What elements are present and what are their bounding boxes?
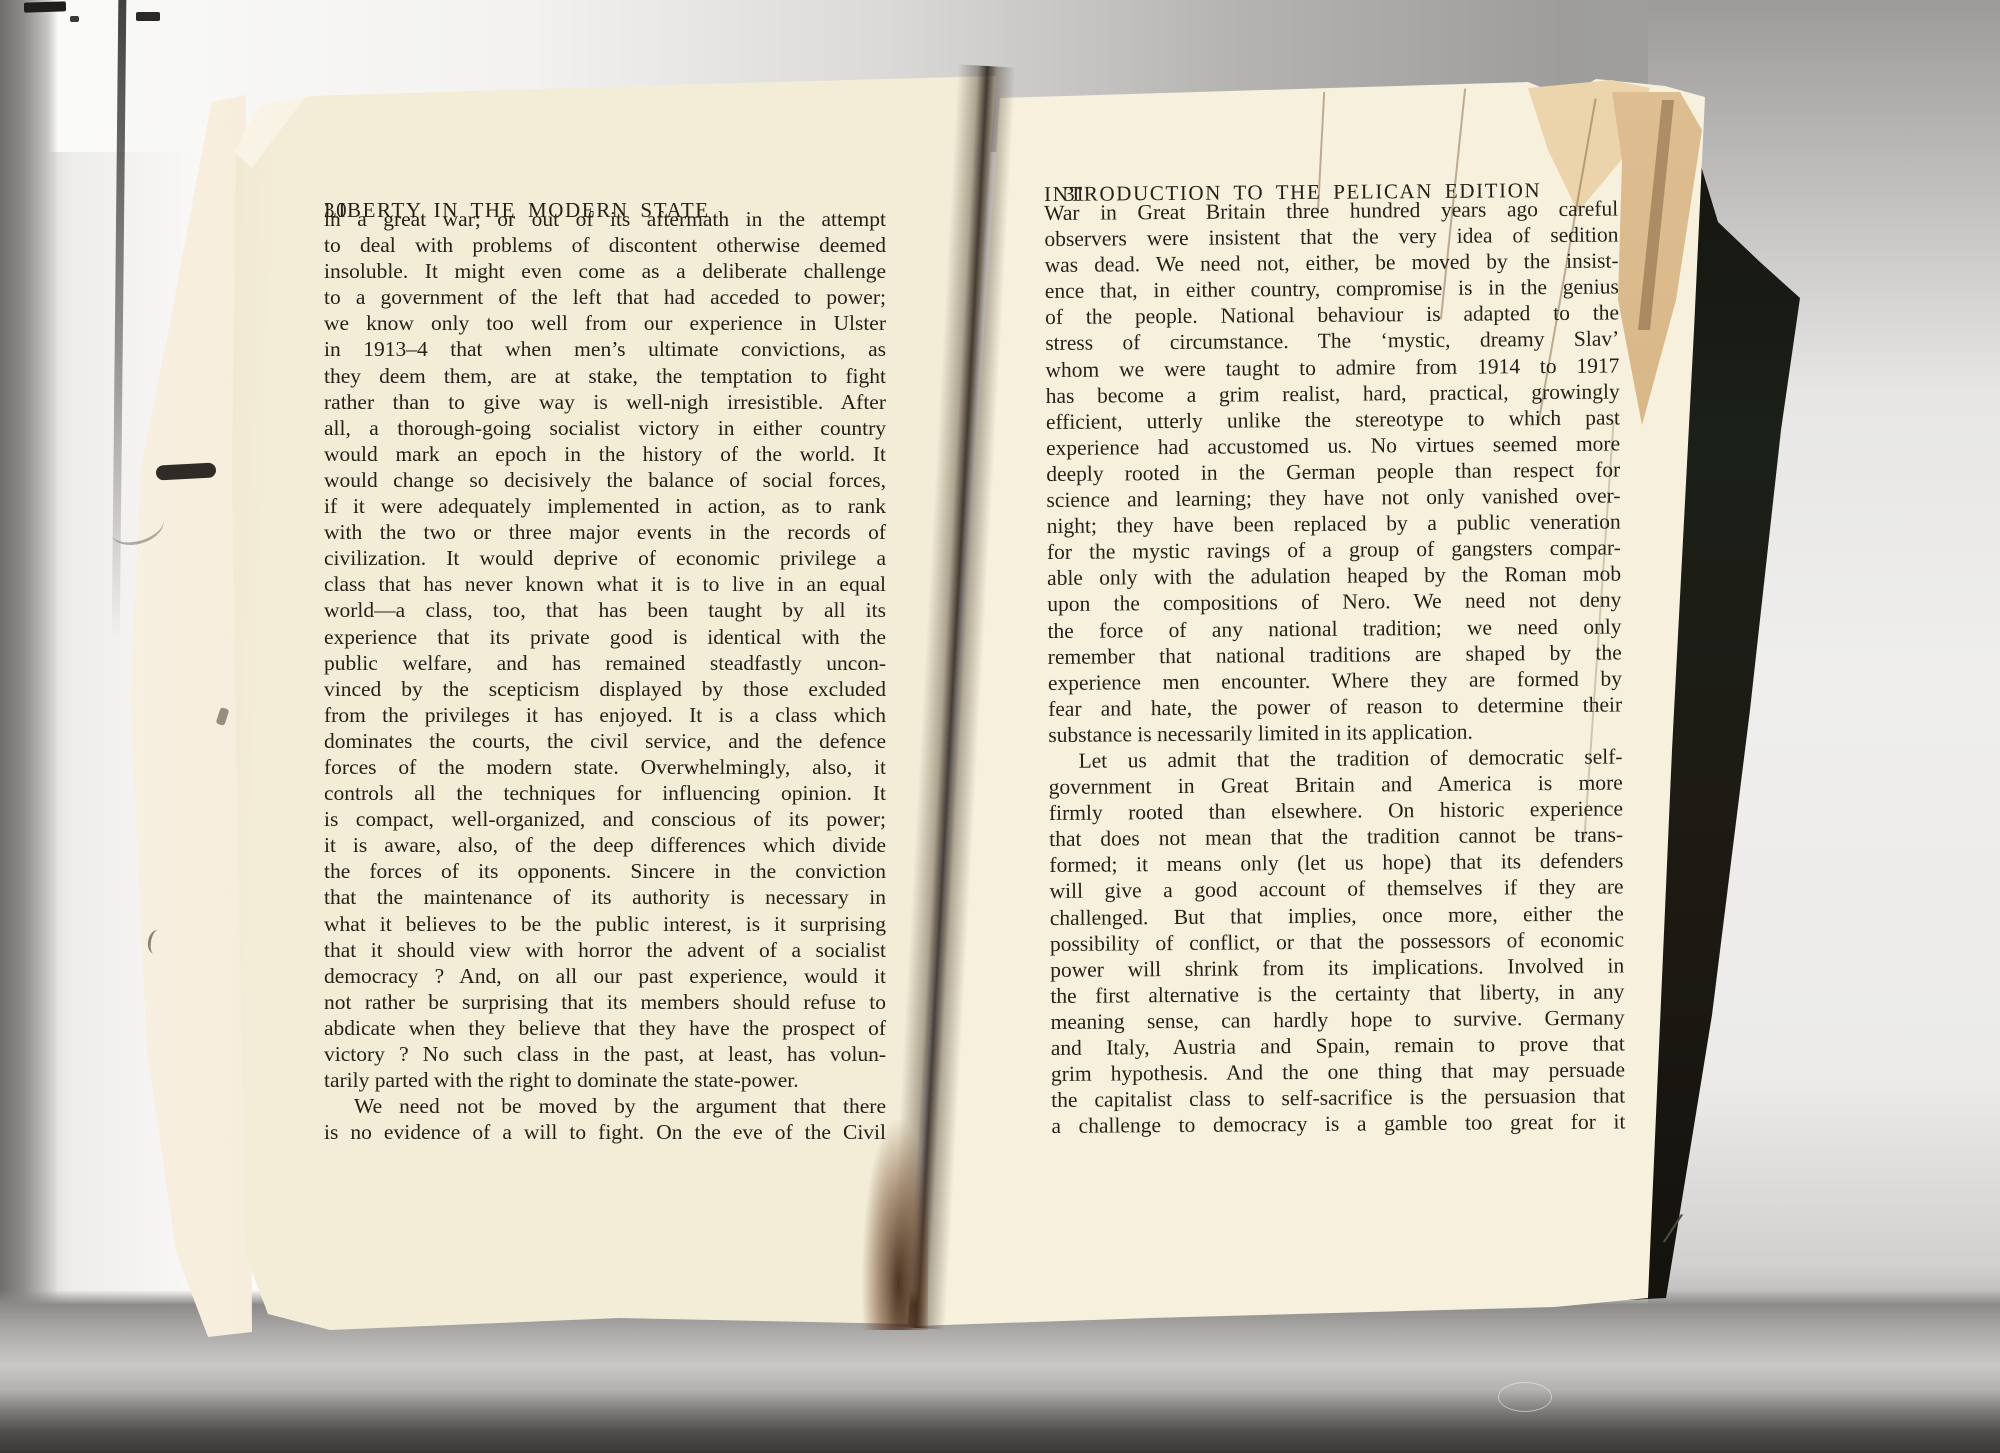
scan-artifact-mark bbox=[70, 16, 79, 22]
text-line: that it should view with horror the adve… bbox=[324, 937, 886, 963]
text-line: a challenge to democracy is a gamble too… bbox=[1051, 1109, 1625, 1140]
scan-artifact-mark bbox=[136, 12, 160, 21]
right-page-body: War in Great Britain three hundred years… bbox=[1044, 195, 1625, 1139]
handwritten-slash-mark: / bbox=[1663, 1202, 1708, 1258]
text-line: civilization. It would deprive of econom… bbox=[324, 545, 886, 571]
text-line: controls all the techniques for influenc… bbox=[324, 780, 886, 806]
text-line: would change so decisively the balance o… bbox=[324, 467, 886, 493]
text-line: victory ? No such class in the past, at … bbox=[324, 1041, 886, 1067]
text-line: vinced by the scepticism displayed by th… bbox=[324, 676, 886, 702]
text-line: experience that its private good is iden… bbox=[324, 624, 886, 650]
text-line: public welfare, and has remained steadfa… bbox=[324, 650, 886, 676]
text-line: is compact, well-organized, and consciou… bbox=[324, 806, 886, 832]
text-line: to deal with problems of discontent othe… bbox=[324, 232, 886, 258]
text-line: forces of the modern state. Overwhelming… bbox=[324, 754, 886, 780]
text-line: they deem them, are at stake, the tempta… bbox=[324, 363, 886, 389]
text-line: class that has never known what it is to… bbox=[324, 571, 886, 597]
scan-artifact-mark bbox=[24, 1, 66, 12]
text-line: if it were adequately implemented in act… bbox=[324, 493, 886, 519]
text-line: in 1913–4 that when men’s ultimate convi… bbox=[324, 336, 886, 362]
text-line: in a great war; or out of its aftermath … bbox=[324, 206, 886, 232]
book-scan: 30 LIBERTY IN THE MODERN STATE in a grea… bbox=[0, 0, 2000, 1453]
text-line: democracy ? And, on all our past experie… bbox=[324, 963, 886, 989]
text-line: to a government of the left that had acc… bbox=[324, 284, 886, 310]
text-line: dominates the courts, the civil service,… bbox=[324, 728, 886, 754]
text-line: rather than to give way is well-nigh irr… bbox=[324, 389, 886, 415]
scanner-arc-artifact bbox=[1498, 1382, 1552, 1412]
text-line: not rather be surprising that its member… bbox=[324, 989, 886, 1015]
text-line: world—a class, too, that has been taught… bbox=[324, 597, 886, 623]
text-line: the forces of its opponents. Sincere in … bbox=[324, 858, 886, 884]
scanner-left-edge bbox=[0, 0, 58, 1453]
text-line: tarily parted with the right to dominate… bbox=[324, 1067, 886, 1093]
text-line: we know only too well from our experienc… bbox=[324, 310, 886, 336]
text-line: We need not be moved by the argument tha… bbox=[324, 1093, 886, 1119]
text-line: that the maintenance of its authority is… bbox=[324, 884, 886, 910]
text-line: abdicate when they believe that they hav… bbox=[324, 1015, 886, 1041]
text-line: it is aware, also, of the deep differenc… bbox=[324, 832, 886, 858]
text-line: insoluble. It might even come as a delib… bbox=[324, 258, 886, 284]
text-line: what it believes to be the public intere… bbox=[324, 911, 886, 937]
text-line: would mark an epoch in the history of th… bbox=[324, 441, 886, 467]
ink-smudge-mark bbox=[156, 462, 217, 480]
left-page-body: in a great war; or out of its aftermath … bbox=[324, 206, 886, 1145]
text-line: from the privileges it has enjoyed. It i… bbox=[324, 702, 886, 728]
text-line: all, a thorough-going socialist victory … bbox=[324, 415, 886, 441]
text-line: with the two or three major events in th… bbox=[324, 519, 886, 545]
text-line: is no evidence of a will to fight. On th… bbox=[324, 1119, 886, 1145]
gutter-burn-mark bbox=[862, 1120, 928, 1330]
